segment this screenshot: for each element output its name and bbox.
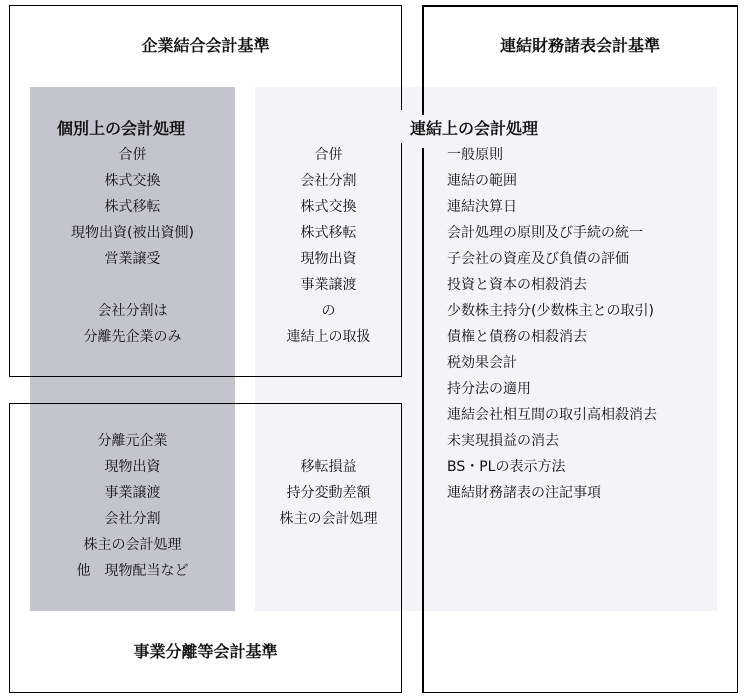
list-item: 分離先企業のみ [30,324,235,350]
list-item: 連結会社相互間の取引高相殺消去 [447,402,657,428]
individual-accounting-heading: 個別上の会計処理 [57,116,185,139]
list-item: 持分変動差額 [255,480,402,506]
box-border-bottom [422,692,738,694]
individual-divestiture-list: 分離元企業 現物出資 事業譲渡 会社分割 株主の会計処理 他 現物配当など [30,428,235,584]
list-item: 株式交換 [255,194,402,220]
list-item: 分離元企業 [30,428,235,454]
consolidated-combination-list: 合併 会社分割 株式交換 株式移転 現物出資 事業譲渡 の 連結上の取扱 [255,142,402,350]
list-item: 株主の会計処理 [30,532,235,558]
list-item: の [255,298,402,324]
list-item: 連結の範囲 [447,168,657,194]
list-item: 投資と資本の相殺消去 [447,272,657,298]
box-border-left-upper [422,5,424,115]
list-item: 株主の会計処理 [255,506,402,532]
box-border-top [422,5,738,7]
consolidated-accounting-heading: 連結上の会計処理 [410,116,538,139]
list-item: 会社分割 [30,506,235,532]
list-item [30,272,235,298]
list-item: 税効果会計 [447,350,657,376]
list-item: 連結上の取扱 [255,324,402,350]
list-item: 株式移転 [255,220,402,246]
consolidated-fs-standard-title: 連結財務諸表会計基準 [422,33,738,56]
list-item: 営業譲受 [30,246,235,272]
list-item: 事業譲渡 [255,272,402,298]
list-item: 子会社の資産及び負債の評価 [447,246,657,272]
list-item: 事業譲渡 [30,480,235,506]
list-item: 持分法の適用 [447,376,657,402]
list-item: 連結決算日 [447,194,657,220]
list-item: 一般原則 [447,142,657,168]
box-border-left-lower [422,148,424,693]
list-item: 会社分割 [255,168,402,194]
list-item: BS・PLの表示方法 [447,454,657,480]
list-item: 株式交換 [30,168,235,194]
consolidated-divestiture-list: 移転損益 持分変動差額 株主の会計処理 [255,454,402,532]
list-item: 現物出資(被出資側) [30,220,235,246]
consolidated-fs-list: 一般原則 連結の範囲 連結決算日 会計処理の原則及び手続の統一 子会社の資産及び… [447,142,657,506]
list-item: 合併 [255,142,402,168]
list-item: 少数株主持分(少数株主との取引) [447,298,657,324]
business-combination-standard-title: 企業結合会計基準 [9,33,402,56]
list-item: 債権と債務の相殺消去 [447,324,657,350]
list-item: 他 現物配当など [30,558,235,584]
business-divestiture-standard-title: 事業分離等会計基準 [9,639,402,662]
list-item: 会計処理の原則及び手続の統一 [447,220,657,246]
box-border-right [737,5,739,693]
list-item: 連結財務諸表の注記事項 [447,480,657,506]
border-gap [399,110,403,143]
list-item: 現物出資 [255,246,402,272]
list-item: 会社分割は [30,298,235,324]
list-item: 合併 [30,142,235,168]
list-item: 移転損益 [255,454,402,480]
individual-combination-list: 合併 株式交換 株式移転 現物出資(被出資側) 営業譲受 会社分割は 分離先企業… [30,142,235,350]
list-item: 現物出資 [30,454,235,480]
list-item: 株式移転 [30,194,235,220]
list-item: 未実現損益の消去 [447,428,657,454]
